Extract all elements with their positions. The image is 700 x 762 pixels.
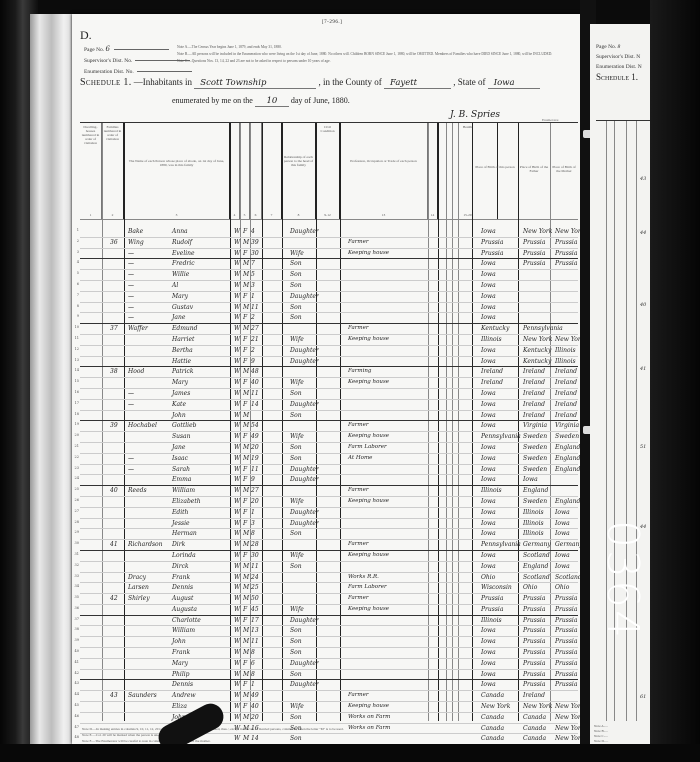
cell-birthplace: Iowa — [481, 271, 496, 278]
cell-mother-birthplace: Iowa — [555, 530, 570, 537]
cell-sex: M — [243, 239, 249, 246]
cell-row-number: 45 — [72, 703, 79, 707]
cell-age: 3 — [251, 282, 255, 289]
cell-father-birthplace: Ireland — [523, 379, 545, 386]
cell-color: W — [234, 304, 240, 311]
cell-birthplace: Prussia — [481, 595, 503, 602]
cell-dwelling-number: 42 — [110, 595, 118, 602]
cell-birthplace: Iowa — [481, 282, 496, 289]
table-row: 43DennisWF1DaughterIowaPrussiaPrussia — [80, 680, 578, 691]
cell-row-number: 35 — [72, 595, 79, 599]
cell-father-birthplace: Ireland — [523, 368, 545, 375]
cell-relationship: Wife — [290, 552, 304, 559]
table-row: 11HarrietWF21WifeKeeping houseIllinoisNe… — [80, 335, 578, 346]
cell-age: 1 — [251, 509, 255, 516]
cell-father-birthplace: Illinois — [523, 520, 544, 527]
cell-row-number: 13 — [72, 358, 79, 362]
col-father-birthplace: Place of Birth of the Father — [518, 125, 550, 173]
cell-birthplace: New York — [481, 703, 510, 710]
cell-row-number: 37 — [72, 617, 79, 621]
cell-given-name: Patrick — [172, 368, 194, 375]
cell-given-name: Eveline — [172, 250, 195, 257]
page-number-value: 6 — [106, 45, 110, 53]
cell-father-birthplace: Kentucky — [523, 347, 551, 354]
cell-surname: — — [128, 401, 134, 408]
cell-age: 21 — [251, 336, 259, 343]
cell-row-number: 2 — [72, 239, 79, 243]
cell-age: 48 — [251, 368, 259, 375]
cell-age: 11 — [251, 563, 259, 570]
cell-age: 9 — [251, 358, 255, 365]
cell-row-number: 25 — [72, 487, 79, 491]
cell-relationship: Daughter — [290, 660, 319, 667]
cell-relationship: Wife — [290, 606, 304, 613]
cell-father-birthplace: Sweden — [523, 455, 547, 462]
cell-sex: F — [243, 606, 247, 613]
cell-mother-birthplace: Prussia — [555, 660, 577, 667]
adjacent-schedule-title: Schedule 1. — [596, 72, 638, 82]
cell-surname: — — [128, 304, 134, 311]
cell-color: W — [234, 422, 240, 429]
cell-row-number: 48 — [72, 735, 79, 739]
cell-father-birthplace: Illinois — [523, 509, 544, 516]
table-row: 29HermanWM8SonIowaIllinoisIowa — [80, 529, 578, 540]
cell-occupation: Farmer — [348, 595, 368, 601]
cell-age: 40 — [251, 379, 259, 386]
cell-relationship: Daughter — [290, 293, 319, 300]
cell-age: 1 — [251, 293, 255, 300]
cell-occupation: Farmer — [348, 325, 368, 331]
cell-age: 4 — [251, 228, 255, 235]
cell-relationship: Daughter — [290, 401, 319, 408]
cell-birthplace: Iowa — [481, 671, 496, 678]
cell-relationship: Daughter — [290, 358, 319, 365]
cell-birthplace: Iowa — [481, 422, 496, 429]
cell-birthplace: Iowa — [481, 228, 496, 235]
cell-color: W — [234, 476, 240, 483]
cell-age: 20 — [251, 714, 259, 721]
cell-sex: M — [243, 282, 249, 289]
cell-mother-birthplace: England — [555, 455, 580, 462]
cell-relationship: Son — [290, 671, 302, 678]
cell-row-number: 30 — [72, 541, 79, 545]
cell-sex: F — [243, 681, 247, 688]
cell-row-number: 18 — [72, 412, 79, 416]
table-row: 6—AlWM3SonIowa — [80, 281, 578, 292]
cell-color: W — [234, 498, 240, 505]
cell-age: 13 — [251, 627, 259, 634]
cell-row-number: 26 — [72, 498, 79, 502]
table-row: 1037WafferEdmundWM27FarmerKentuckyPennsy… — [80, 324, 578, 335]
cell-relationship: Wife — [290, 336, 304, 343]
cell-mother-birthplace: Ireland — [555, 379, 577, 386]
cell-age: 30 — [251, 552, 259, 559]
census-page: D. [7-296.] Page No. 6 Supervisor's Dist… — [72, 14, 584, 744]
table-row: 39JohnWM11SonIowaPrussiaPrussia — [80, 637, 578, 648]
cell-birthplace: Iowa — [481, 304, 496, 311]
cell-mother-birthplace: Iowa — [555, 520, 570, 527]
cell-given-name: Dirck — [172, 563, 189, 570]
cell-age: 11 — [251, 390, 259, 397]
cell-color: W — [234, 379, 240, 386]
cell-row-number: 1 — [72, 228, 79, 232]
cell-sex: F — [243, 379, 247, 386]
cell-color: W — [234, 347, 240, 354]
cell-father-birthplace: Prussia — [523, 649, 545, 656]
cell-age: 49 — [251, 692, 259, 699]
cell-relationship: Daughter — [290, 681, 319, 688]
cell-relationship: Son — [290, 444, 302, 451]
cell-age: 11 — [251, 466, 259, 473]
cell-occupation: Farmer — [348, 692, 368, 698]
cell-dwelling-number: 39 — [110, 422, 118, 429]
cell-father-birthplace: New York — [523, 336, 552, 343]
cell-relationship: Son — [290, 649, 302, 656]
cell-age: 8 — [251, 649, 255, 656]
cell-father-birthplace: Prussia — [523, 606, 545, 613]
cell-row-number: 39 — [72, 638, 79, 642]
cell-birthplace: Prussia — [481, 250, 503, 257]
cell-age: 7 — [251, 260, 255, 267]
cell-birthplace: Iowa — [481, 260, 496, 267]
cell-row-number: 34 — [72, 584, 79, 588]
cell-row-number: 17 — [72, 401, 79, 405]
cell-surname: Wing — [128, 239, 144, 246]
cell-row-number: 31 — [72, 552, 79, 556]
cell-color: W — [234, 239, 240, 246]
cell-occupation: Works on Farm — [348, 714, 390, 720]
cell-father-birthplace: Prussia — [523, 250, 545, 257]
cell-row-number: 14 — [72, 368, 79, 372]
cell-age: 8 — [251, 530, 255, 537]
cell-sex: M — [243, 574, 249, 581]
cell-birthplace: Illinois — [481, 336, 502, 343]
cell-dwelling-number: 41 — [110, 541, 118, 548]
cell-birthplace: Iowa — [481, 358, 496, 365]
cell-mother-birthplace: Prussia — [555, 260, 577, 267]
cell-row-number: 7 — [72, 293, 79, 297]
cell-birthplace: Iowa — [481, 563, 496, 570]
cell-surname: — — [128, 314, 134, 321]
cell-surname: Shirley — [128, 595, 150, 602]
cell-dwelling-number: 43 — [110, 692, 118, 699]
cell-row-number: 43 — [72, 681, 79, 685]
cell-row-number: 16 — [72, 390, 79, 394]
cell-father-birthplace: Sweden — [523, 433, 547, 440]
cell-father-birthplace: Pennsylvania — [523, 325, 563, 332]
cell-occupation: Keeping house — [348, 433, 389, 439]
cell-father-birthplace: New York — [523, 228, 552, 235]
cell-color: W — [234, 638, 240, 645]
cell-given-name: Hattie — [172, 358, 191, 365]
cell-given-name: Augusta — [172, 606, 197, 613]
cell-father-birthplace: Scotland — [523, 574, 550, 581]
cell-row-number: 38 — [72, 627, 79, 631]
note-c: Note C.—Questions Nos. 13, 14, 22 and 23… — [177, 58, 577, 65]
cell-mother-birthplace: England — [555, 498, 580, 505]
table-row: 3041RichardsonDirkWM28FarmerPennsylvania… — [80, 540, 578, 551]
cell-color: W — [234, 541, 240, 548]
cell-mother-birthplace: Ireland — [555, 390, 577, 397]
cell-father-birthplace: Prussia — [523, 638, 545, 645]
table-row: 40FrankWM8SonIowaPrussiaPrussia — [80, 648, 578, 659]
cell-age: 1 — [251, 681, 255, 688]
cell-age: 6 — [251, 660, 255, 667]
cell-mother-birthplace: Sweden — [555, 433, 579, 440]
table-row: 4—FredricWM7SonIowaPrussiaPrussia — [80, 259, 578, 270]
cell-age: 3 — [251, 520, 255, 527]
cell-birthplace: Iowa — [481, 390, 496, 397]
cell-color: W — [234, 617, 240, 624]
cell-relationship: Son — [290, 627, 302, 634]
cell-birthplace: Canada — [481, 714, 504, 721]
cell-color: W — [234, 703, 240, 710]
cell-sex: M — [243, 692, 249, 699]
cell-sex: M — [243, 325, 249, 332]
header-notes: Note A.—The Census Year begins June 1, 1… — [177, 44, 577, 65]
cell-given-name: John — [172, 412, 186, 419]
cell-relationship: Son — [290, 563, 302, 570]
cell-relationship: Daughter — [290, 509, 319, 516]
table-row: 9—JaneWF2SonIowa — [80, 313, 578, 324]
table-row: 1939HochabelGottliebWM54FarmerIowaVirgin… — [80, 421, 578, 432]
cell-given-name: Mary — [172, 660, 188, 667]
cell-surname: Hood — [128, 368, 144, 375]
cell-color: W — [234, 584, 240, 591]
cell-dwelling-number: 36 — [110, 239, 118, 246]
col-age: 6 — [250, 123, 262, 219]
cell-given-name: Philip — [172, 671, 190, 678]
cell-mother-birthplace: England — [555, 444, 580, 451]
cell-age: 20 — [251, 498, 259, 505]
cell-given-name: Mary — [172, 293, 188, 300]
col-sex: 5 — [240, 123, 250, 219]
table-row: 12BerthaWF2DaughterIowaKentuckyIllinois — [80, 346, 578, 357]
cell-birthplace: Pennsylvania — [481, 541, 521, 548]
cell-surname: — — [128, 455, 134, 462]
cell-birthplace: Iowa — [481, 293, 496, 300]
form-code: [7-296.] — [322, 20, 342, 25]
cell-color: W — [234, 401, 240, 408]
cell-relationship: Son — [290, 412, 302, 419]
cell-father-birthplace: Kentucky — [523, 358, 551, 365]
cell-sex: M — [243, 563, 249, 570]
cell-mother-birthplace: Iowa — [555, 509, 570, 516]
table-row: 41MaryWF6DaughterIowaPrussiaPrussia — [80, 659, 578, 670]
cell-surname: Reeds — [128, 487, 147, 494]
cell-father-birthplace: Prussia — [523, 617, 545, 624]
cell-dwelling-number: 38 — [110, 368, 118, 375]
col-unemployed: 14 — [428, 123, 438, 219]
table-row: 5—WillieWM5SonIowa — [80, 270, 578, 281]
cell-color: W — [234, 314, 240, 321]
cell-birthplace: Iowa — [481, 466, 496, 473]
cell-given-name: William — [172, 487, 195, 494]
cell-row-number: 42 — [72, 671, 79, 675]
cell-father-birthplace: Sweden — [523, 444, 547, 451]
cell-father-birthplace: Prussia — [523, 260, 545, 267]
cell-father-birthplace: Prussia — [523, 239, 545, 246]
cell-sex: F — [243, 660, 247, 667]
cell-occupation: Keeping house — [348, 498, 389, 504]
cell-relationship: Wife — [290, 250, 304, 257]
cell-given-name: Edmund — [172, 325, 197, 332]
note-a: Note A.—The Census Year begins June 1, 1… — [177, 44, 577, 51]
cell-color: W — [234, 260, 240, 267]
cell-mother-birthplace: Prussia — [555, 250, 577, 257]
cell-given-name: Edith — [172, 509, 188, 516]
cell-given-name: Elizabeth — [172, 498, 201, 505]
cell-row-number: 46 — [72, 714, 79, 718]
col-occupation: Profession, Occupation or Trade of each … — [340, 123, 428, 219]
table-row: 3542ShirleyAugustWM50FarmerPrussiaPrussi… — [80, 594, 578, 605]
cell-row-number: 9 — [72, 314, 79, 318]
cell-given-name: Bertha — [172, 347, 193, 354]
cell-birthplace: Iowa — [481, 649, 496, 656]
cell-sex: F — [243, 703, 247, 710]
cell-sex: F — [243, 498, 247, 505]
cell-father-birthplace: Virginia — [523, 422, 547, 429]
cell-given-name: Frank — [172, 649, 190, 656]
cell-given-name: Gustav — [172, 304, 193, 311]
cell-given-name: Herman — [172, 530, 197, 537]
cell-given-name: Frank — [172, 574, 190, 581]
cell-birthplace: Iowa — [481, 455, 496, 462]
cell-color: W — [234, 444, 240, 451]
cell-given-name: Jane — [172, 444, 185, 451]
cell-surname: Larsen — [128, 584, 149, 591]
cell-color: W — [234, 563, 240, 570]
cell-occupation: Farmer — [348, 239, 368, 245]
cell-color: W — [234, 250, 240, 257]
col-dwelling: Dwelling-houses numbered in order of vis… — [80, 123, 102, 219]
cell-sex: M — [243, 487, 249, 494]
table-row: 32DirckWM11SonIowaEnglandIowa — [80, 562, 578, 573]
table-row: 21JaneWM20SonFarm LaborerIowaSwedenEngla… — [80, 443, 578, 454]
table-row: 3—EvelineWF30WifeKeeping housePrussiaPru… — [80, 249, 578, 260]
cell-birthplace: Iowa — [481, 520, 496, 527]
cell-color: W — [234, 487, 240, 494]
cell-age: 50 — [251, 595, 259, 602]
table-row: 7—MaryWF1DaughterIowa — [80, 292, 578, 303]
cell-relationship: Wife — [290, 433, 304, 440]
cell-sex: M — [243, 260, 249, 267]
adjacent-page-number: 8 — [618, 44, 621, 50]
cell-mother-birthplace: Ireland — [555, 412, 577, 419]
cell-relationship: Daughter — [290, 466, 319, 473]
cell-birthplace: Iowa — [481, 681, 496, 688]
cell-sex: M — [243, 541, 249, 548]
county-value: Fayett — [384, 78, 451, 89]
cell-sex: F — [243, 476, 247, 483]
table-row: 236WingRudolfWM39FarmerPrussiaPrussiaPru… — [80, 238, 578, 249]
cell-occupation: Keeping house — [348, 336, 389, 342]
cell-sex: F — [243, 617, 247, 624]
adjacent-footer-notes: Note A.—Note B.—Note C.—Note D.— — [594, 724, 608, 744]
cell-sex: F — [243, 336, 247, 343]
cell-color: W — [234, 282, 240, 289]
table-row: 34LarsenDennisWM25Farm LaborerWisconsinO… — [80, 583, 578, 594]
cell-birthplace: Pennsylvania — [481, 433, 521, 440]
table-row: 18JohnWMSonIowaIrelandIreland — [80, 411, 578, 422]
cell-row-number: 47 — [72, 725, 79, 729]
cell-age: 8 — [251, 671, 255, 678]
cell-given-name: Anna — [172, 228, 188, 235]
table-row: 23—SarahWF11DaughterIowaSwedenEngland — [80, 465, 578, 476]
cell-given-name: Sarah — [172, 466, 190, 473]
enumeration-day: 10 — [255, 96, 289, 107]
cell-color: W — [234, 681, 240, 688]
table-row: 22—IsaacWM19SonAt HomeIowaSwedenEngland — [80, 454, 578, 465]
cell-birthplace: Iowa — [481, 412, 496, 419]
cell-sex: F — [243, 401, 247, 408]
cell-color: W — [234, 271, 240, 278]
cell-sex: F — [243, 314, 247, 321]
cell-given-name: Dennis — [172, 584, 193, 591]
cell-father-birthplace: Canada — [523, 714, 546, 721]
page-meta: Page No. 6 Supervisor's Dist. No. Enumer… — [84, 44, 192, 78]
cell-surname: Dracy — [128, 574, 146, 581]
cell-color: W — [234, 509, 240, 516]
cell-color: W — [234, 530, 240, 537]
left-page-margin — [30, 14, 78, 750]
cell-occupation: Keeping house — [348, 250, 389, 256]
page-number-field: Page No. 6 — [84, 44, 192, 56]
table-row: 1438HoodPatrickWM48FarmingIrelandIreland… — [80, 367, 578, 378]
enumeration-date: enumerated by me on the 10 day of June, … — [172, 96, 350, 107]
cell-given-name: Rudolf — [172, 239, 192, 246]
cell-sex: F — [243, 347, 247, 354]
cell-birthplace: Prussia — [481, 239, 503, 246]
cell-color: W — [234, 433, 240, 440]
cell-birthplace: Wisconsin — [481, 584, 512, 591]
cell-relationship: Son — [290, 314, 302, 321]
supervisor-district-field: Supervisor's Dist. No. — [84, 56, 192, 67]
cell-color: W — [234, 412, 240, 419]
col-color: 4 — [230, 123, 240, 219]
cell-occupation: Farmer — [348, 541, 368, 547]
cell-given-name: Jessie — [172, 520, 190, 527]
cell-birthplace: Canada — [481, 692, 504, 699]
table-row: 20SusanWF49WifeKeeping housePennsylvania… — [80, 432, 578, 443]
cell-age: 49 — [251, 433, 259, 440]
cell-surname: Richardson — [128, 541, 163, 548]
cell-birthplace: Iowa — [481, 552, 496, 559]
cell-age: 2 — [251, 347, 255, 354]
cell-given-name: Dirk — [172, 541, 185, 548]
table-row: 15MaryWF40WifeKeeping houseIrelandIrelan… — [80, 378, 578, 389]
cell-relationship: Wife — [290, 379, 304, 386]
cell-father-birthplace: Ireland — [523, 692, 545, 699]
cell-surname: Hochabel — [128, 422, 157, 429]
table-row: 2540ReedsWilliamWM27FarmerIllinoisEnglan… — [80, 486, 578, 497]
cell-sex: M — [243, 671, 249, 678]
cell-birthplace: Iowa — [481, 660, 496, 667]
cell-occupation: At Home — [348, 455, 372, 461]
cell-father-birthplace: New York — [523, 703, 552, 710]
cell-dwelling-number: 40 — [110, 487, 118, 494]
cell-age: 19 — [251, 455, 259, 462]
cell-age: 27 — [251, 487, 259, 494]
cell-sex: F — [243, 293, 247, 300]
cell-mother-birthplace: Iowa — [555, 552, 570, 559]
cell-mother-birthplace: Iowa — [555, 563, 570, 570]
cell-occupation: Farming — [348, 368, 371, 374]
cell-age: 45 — [251, 606, 259, 613]
cell-row-number: 4 — [72, 260, 79, 264]
col-birthplace: Place of Birth of this person — [472, 125, 518, 169]
cell-sex: M — [243, 368, 249, 375]
